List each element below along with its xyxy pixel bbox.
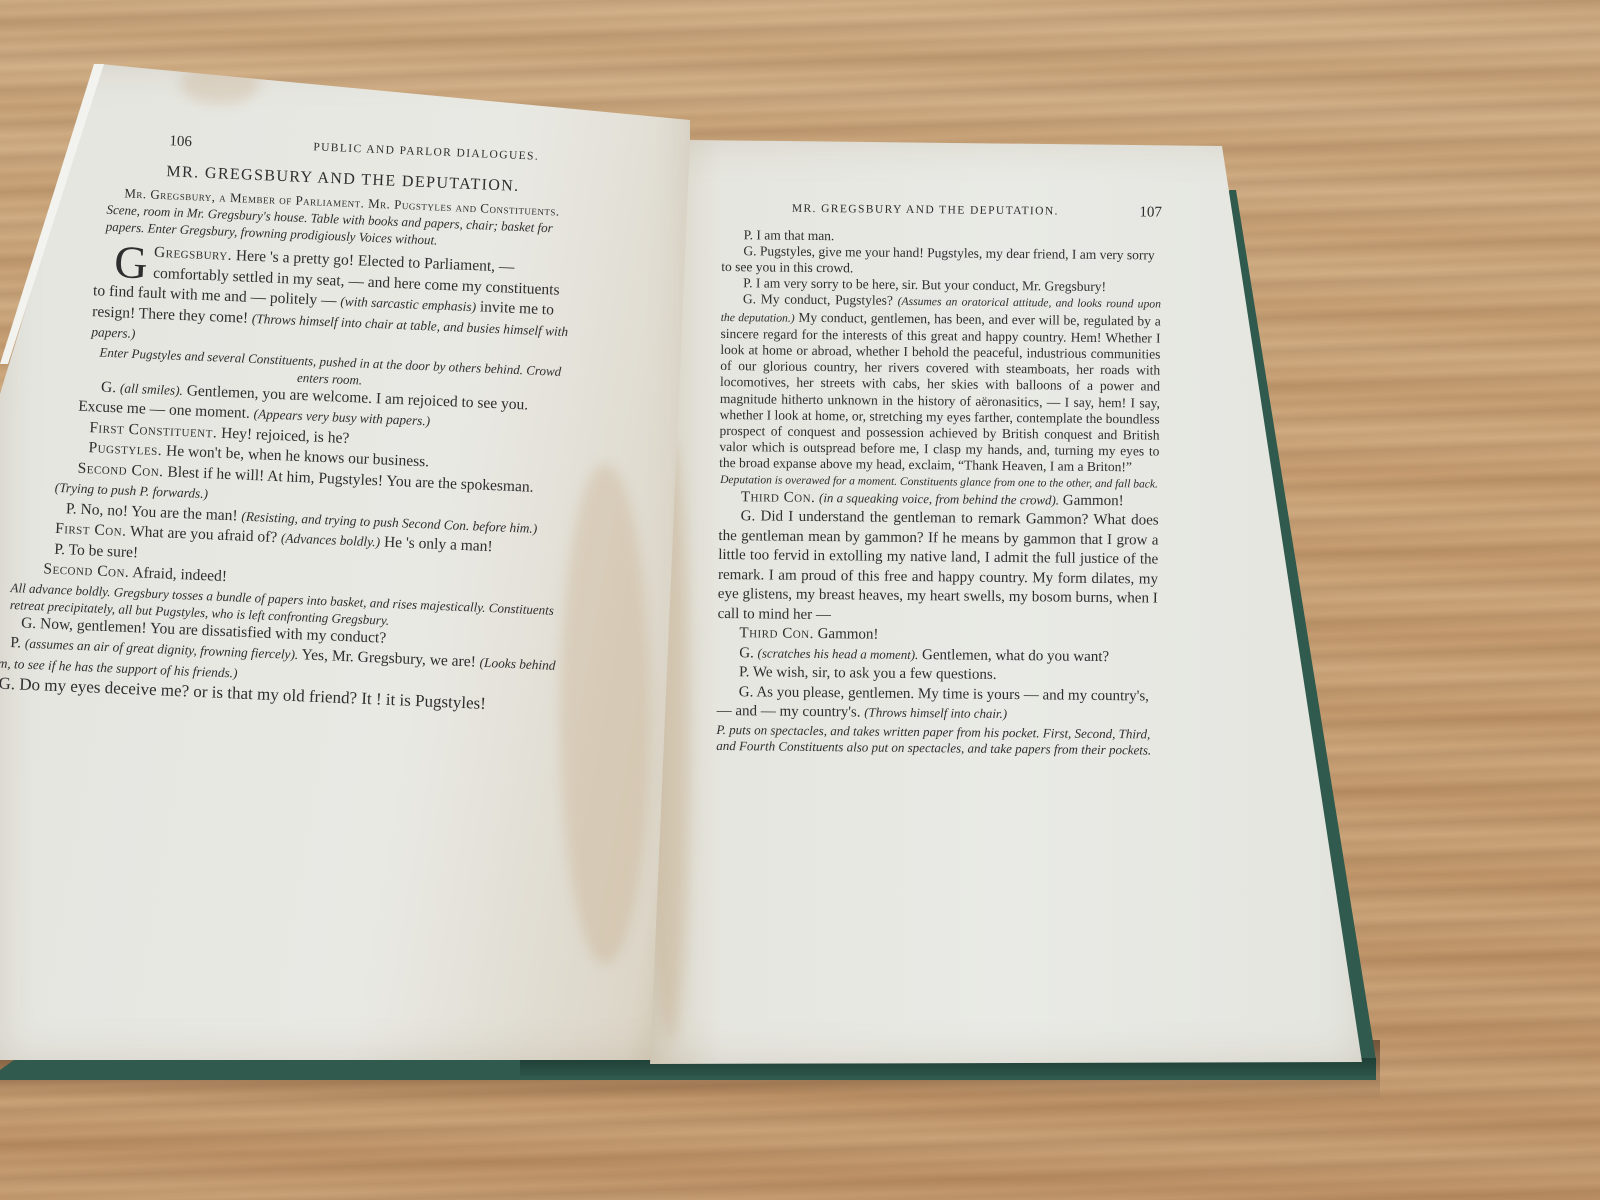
running-head: MR. GREGSBURY AND THE DEPUTATION.: [792, 199, 1059, 222]
page-number: 107: [1139, 202, 1162, 223]
dialogue-line: G. Pugstyles, give me your hand! Pugstyl…: [721, 243, 1161, 280]
foxing-stain: [560, 464, 650, 964]
dialogue-line: G. As you please, gentlemen. My time is …: [717, 683, 1157, 727]
drop-cap: G: [114, 243, 149, 282]
left-page-text: 106 PUBLIC AND PARLOR DIALOGUES. MR. GRE…: [0, 125, 580, 717]
right-page-text: MR. GREGSBURY AND THE DEPUTATION. 107 P.…: [716, 198, 1162, 758]
dialogue-line: G. My conduct, Pugstyles? (Assumes an or…: [719, 291, 1161, 476]
stage-direction: P. puts on spectacles, and takes written…: [716, 722, 1156, 759]
water-stain: [180, 64, 260, 104]
page-number: 106: [169, 131, 192, 152]
dialogue-line: G. Did I understand the gentleman to rem…: [718, 507, 1159, 629]
